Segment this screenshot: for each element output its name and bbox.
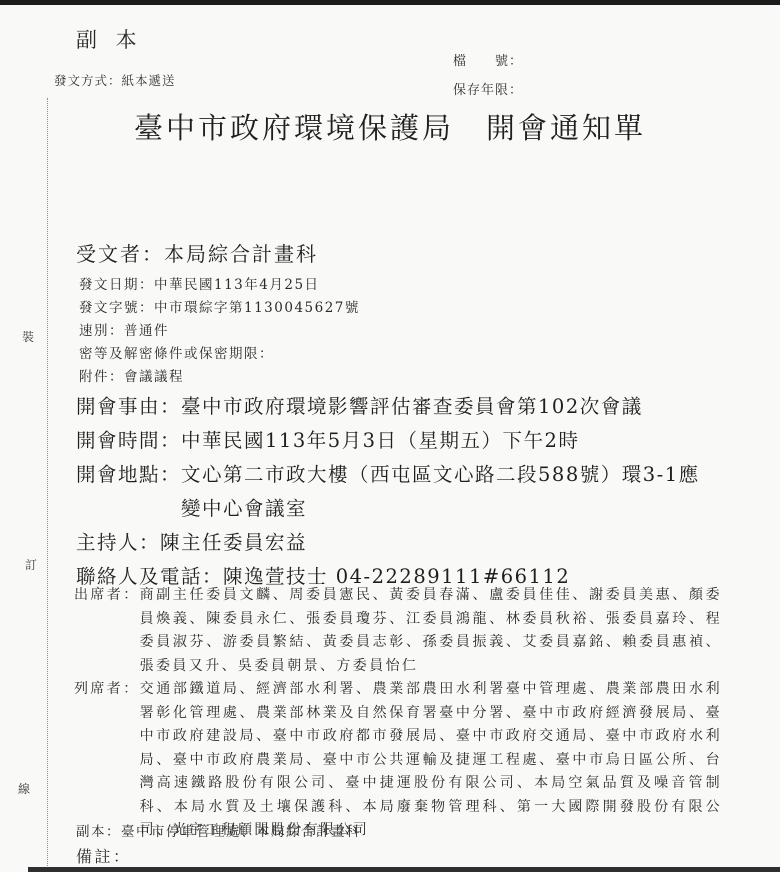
notes-label: 備註： [76,844,132,867]
observers-label: 列席者： [74,678,140,702]
retention-period-label: 保存年限： [453,76,523,105]
cc-label: 副本： [76,820,121,840]
meeting-location-label: 開會地點： [76,458,181,492]
binding-dotted-line [47,98,48,868]
chairperson-value: 陳主任委員宏益 [160,526,718,560]
priority-label: 速別： [79,320,124,343]
issue-number-value: 中市環綜字第1130045627號 [154,297,699,320]
recipient-value: 本局綜合計畫科 [164,238,318,267]
meeting-details-block: 開會事由： 臺中市政府環境影響評估審查委員會第102次會議 開會時間： 中華民國… [76,390,718,594]
binding-mark-ding: 訂 [25,556,37,573]
field-attachment: 附件： 會議議程 [79,366,699,389]
security-class-label: 密等及解密條件或保密期限： [79,343,274,366]
file-reference-block: 檔 號： 保存年限： [453,47,523,105]
copy-type-label: 副 本 [76,24,143,54]
observers-value: 交通部鐵道局、經濟部水利署、農業部農田水利署臺中管理處、農業部農田水利署彰化管理… [140,678,722,843]
field-meeting-location: 開會地點： 文心第二市政大樓（西屯區文心路二段588號）環3-1應變中心會議室 [76,458,718,526]
issue-number-label: 發文字號： [79,297,154,320]
meeting-time-label: 開會時間： [76,424,181,458]
field-attendees: 出席者： 商副主任委員文麟、周委員憲民、黃委員春滿、盧委員佳佳、謝委員美惠、顏委… [74,584,722,678]
attachment-label: 附件： [79,366,124,389]
field-file-number: 檔 號： [453,47,523,76]
cc-value: 臺中市停車管理處、本局綜合計畫科 [121,820,716,840]
document-meta-block: 發文日期： 中華民國113年4月25日 發文字號： 中市環綜字第11300456… [79,274,699,389]
field-meeting-subject: 開會事由： 臺中市政府環境影響評估審查委員會第102次會議 [76,390,718,424]
chairperson-label: 主持人： [76,526,160,560]
binding-mark-xian: 線 [18,780,30,797]
field-issue-number: 發文字號： 中市環綜字第1130045627號 [79,297,699,320]
delivery-method-label: 發文方式： [54,71,122,89]
attachment-value: 會議議程 [124,366,699,389]
document-title: 臺中市政府環境保護局 開會通知單 [0,106,780,147]
scan-edge-top [0,0,780,5]
attendees-label: 出席者： [74,584,140,608]
scanned-meeting-notice-page: 裝 訂 線 副 本 發文方式： 紙本遞送 檔 號： 保存年限： 臺中市政府環境保… [0,0,780,872]
priority-value: 普通件 [124,320,699,343]
field-cc: 副本： 臺中市停車管理處、本局綜合計畫科 [76,820,716,840]
binding-mark-zhuang: 裝 [22,328,34,345]
field-security-class: 密等及解密條件或保密期限： [79,343,699,366]
delivery-method-value: 紙本遞送 [122,71,176,89]
field-retention-period: 保存年限： [453,76,523,105]
meeting-subject-value: 臺中市政府環境影響評估審查委員會第102次會議 [181,390,718,424]
field-delivery-method: 發文方式： 紙本遞送 [54,71,176,89]
recipient-label: 受文者： [76,238,164,267]
field-observers: 列席者： 交通部鐵道局、經濟部水利署、農業部農田水利署臺中管理處、農業部農田水利… [74,678,722,843]
meeting-time-value: 中華民國113年5月3日（星期五）下午2時 [181,424,718,458]
scan-edge-bottom [28,867,780,872]
field-chairperson: 主持人： 陳主任委員宏益 [76,526,718,560]
field-recipient: 受文者： 本局綜合計畫科 [76,238,318,267]
field-notes: 備註： [76,844,132,867]
field-priority: 速別： 普通件 [79,320,699,343]
attendees-value: 商副主任委員文麟、周委員憲民、黃委員春滿、盧委員佳佳、謝委員美惠、顏委員煥義、陳… [140,584,722,678]
issue-date-label: 發文日期： [79,274,154,297]
meeting-subject-label: 開會事由： [76,390,181,424]
roster-block: 出席者： 商副主任委員文麟、周委員憲民、黃委員春滿、盧委員佳佳、謝委員美惠、顏委… [74,584,722,843]
field-meeting-time: 開會時間： 中華民國113年5月3日（星期五）下午2時 [76,424,718,458]
issue-date-value: 中華民國113年4月25日 [154,274,699,297]
file-number-label: 檔 號： [453,47,523,76]
meeting-location-value: 文心第二市政大樓（西屯區文心路二段588號）環3-1應變中心會議室 [181,458,718,526]
field-issue-date: 發文日期： 中華民國113年4月25日 [79,274,699,297]
